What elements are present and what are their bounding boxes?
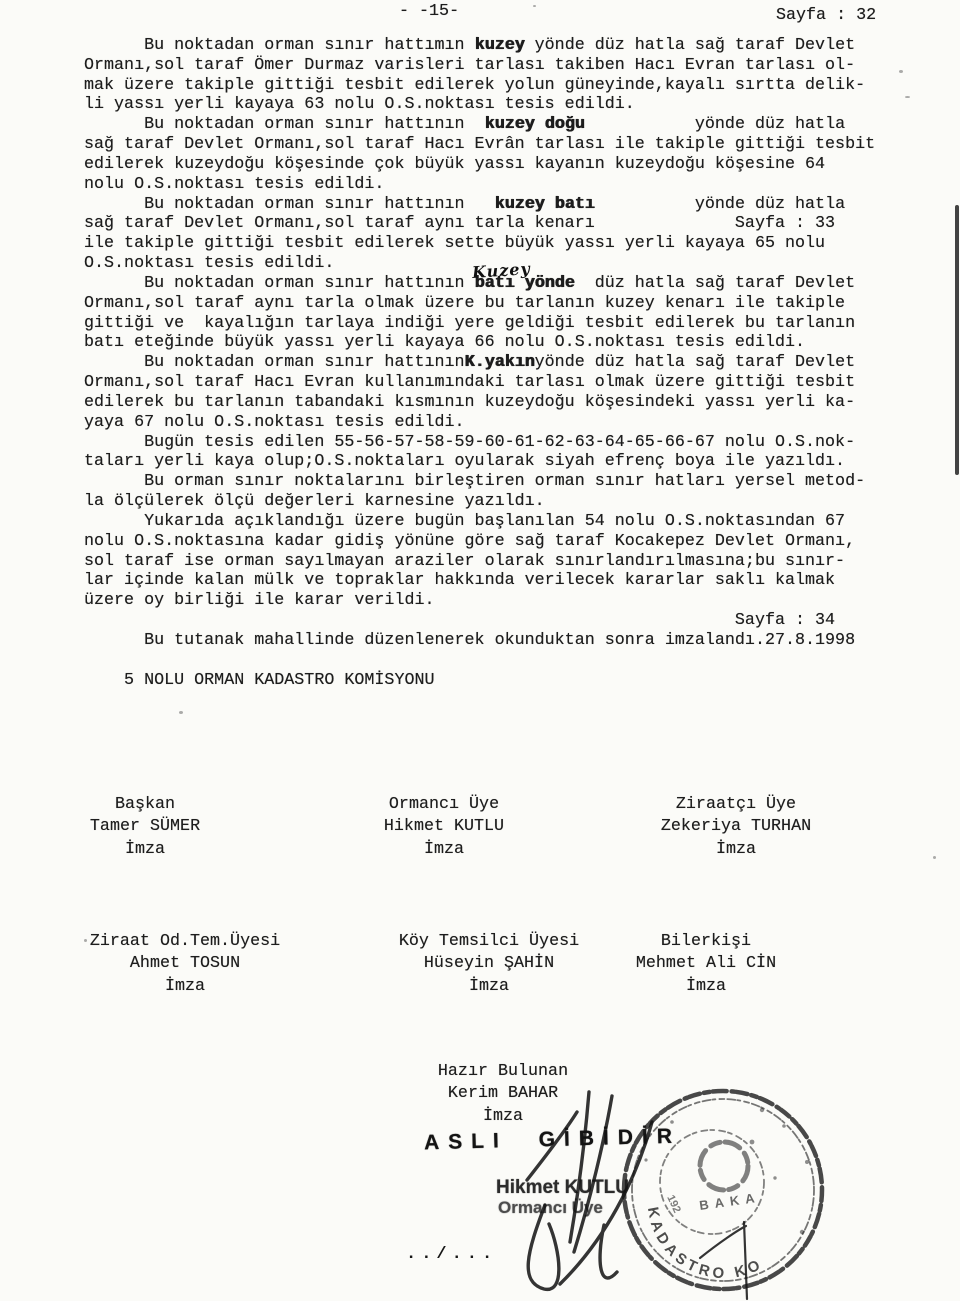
signature-block: BaşkanTamer SÜMERİmza	[25, 794, 265, 861]
scan-artifact-streak	[955, 205, 959, 475]
signature-block: Ziraat Od.Tem.ÜyesiAhmet TOSUNİmza	[65, 931, 305, 998]
signature-block: BilerkişiMehmet Ali CİNİmza	[586, 931, 826, 998]
scan-speck	[84, 939, 87, 942]
signature-block: Ziraatçı ÜyeZekeriya TURHANİmza	[616, 794, 856, 861]
body-line: lar içinde kalan mülk ve topraklar hakkı…	[84, 571, 875, 591]
signature-name: Tamer SÜMER	[25, 816, 265, 838]
page-number: - -15-	[399, 2, 459, 21]
body-line: batı eteğinde büyük yassı yerli kayaya 6…	[84, 333, 875, 353]
body-line	[84, 651, 875, 671]
scan-speck	[899, 70, 903, 73]
body-line: Bu tutanak mahallinde düzenlenerek okund…	[84, 631, 875, 651]
body-line: ile takiple gittiği tesbit edilerek sett…	[84, 234, 875, 254]
signature-title: Hazır Bulunan	[383, 1061, 623, 1083]
body-line: mak üzere takiple gittiği tesbit edilere…	[84, 76, 875, 96]
body-line: sağ taraf Devlet Ormanı,sol taraf aynı t…	[84, 214, 875, 234]
signature-name: Hüseyin ŞAHİN	[369, 953, 609, 975]
body-line: yaya 67 nolu O.S.noktası tesis edildi.	[84, 413, 875, 433]
body-line: Bu noktadan orman sınır hattınınK.yakıny…	[84, 353, 875, 373]
body-line: Bu noktadan orman sınır hattımın kuzey y…	[84, 36, 875, 56]
body-line: Yukarıda açıklandığı üzere bugün başlanı…	[84, 512, 875, 532]
body-line: li yassı yerli kayaya 63 nolu O.S.noktas…	[84, 95, 875, 115]
signature-title: Köy Temsilci Üyesi	[369, 931, 609, 953]
signature-title: Başkan	[25, 794, 265, 816]
stamp-officer-role: Ormancı Üye	[498, 1198, 603, 1218]
body-line: taları yerli kaya olup;O.S.noktaları oyu…	[84, 452, 875, 472]
body-line: üzere oy birliği ile karar verildi.	[84, 591, 875, 611]
continuation-mark: ../...	[406, 1245, 497, 1264]
signature-title: Ziraatçı Üye	[616, 794, 856, 816]
signature-name: Ahmet TOSUN	[65, 953, 305, 975]
seal-fragment-number: 192	[664, 1193, 683, 1215]
signature-imza: İmza	[324, 839, 564, 861]
signature-block: Köy Temsilci ÜyesiHüseyin ŞAHİNİmza	[369, 931, 609, 998]
signature-imza: İmza	[369, 976, 609, 998]
document-body: Bu noktadan orman sınır hattımın kuzey y…	[84, 36, 875, 690]
signature-name: Zekeriya TURHAN	[616, 816, 856, 838]
body-line: Bugün tesis edilen 55-56-57-58-59-60-61-…	[84, 433, 875, 453]
signature-block: Hazır BulunanKerim BAHARİmza	[383, 1061, 623, 1128]
seal-fragment-text: BAKA	[698, 1190, 761, 1213]
signature-block: Ormancı ÜyeHikmet KUTLUİmza	[324, 794, 564, 861]
stamp-officer-name: Hikmet KUTLU	[496, 1177, 629, 1199]
body-line: Bu orman sınır noktalarını birleştiren o…	[84, 472, 875, 492]
body-line: Ormanı,sol taraf Hacı Evran kullanımında…	[84, 373, 875, 393]
scan-speck	[933, 856, 936, 859]
body-line: Bu noktadan orman sınır hattının kuzey b…	[84, 195, 875, 215]
svg-text:KADASTRO KO: KADASTRO KO	[644, 1206, 766, 1283]
signature-title: Ziraat Od.Tem.Üyesi	[65, 931, 305, 953]
signature-title: Bilerkişi	[586, 931, 826, 953]
body-line: sağ taraf Devlet Ormanı,sol taraf Hacı E…	[84, 135, 875, 155]
signature-imza: İmza	[616, 839, 856, 861]
signature-imza: İmza	[383, 1106, 623, 1128]
body-line: edilerek bu tarlanın tabandaki kısmının …	[84, 393, 875, 413]
signature-name: Hikmet KUTLU	[324, 816, 564, 838]
body-line: Ormanı,sol taraf aynı tarla olmak üzere …	[84, 294, 875, 314]
sayfa-header: Sayfa : 32	[776, 6, 876, 25]
body-line: nolu O.S.noktası tesis edildi.	[84, 175, 875, 195]
scan-speck	[533, 5, 536, 7]
commission-title: 5 NOLU ORMAN KADASTRO KOMİSYONU	[84, 671, 875, 691]
body-line: sol taraf ise orman sayılmayan araziler …	[84, 552, 875, 572]
body-line: Sayfa : 34	[84, 611, 875, 631]
body-line: edilerek kuzeydoğu köşesinde çok büyük y…	[84, 155, 875, 175]
scan-speck	[179, 711, 183, 714]
signature-name: Kerim BAHAR	[383, 1083, 623, 1105]
signature-title: Ormancı Üye	[324, 794, 564, 816]
body-line: Ormanı,sol taraf Ömer Durmaz varisleri t…	[84, 56, 875, 76]
signature-imza: İmza	[586, 976, 826, 998]
body-line: nolu O.S.noktasına kadar gidiş yönüne gö…	[84, 532, 875, 552]
body-line: gittiği ve kayalığın tarlaya indiği yere…	[84, 314, 875, 334]
document-page: - -15- Sayfa : 32 Bu noktadan orman sını…	[0, 0, 960, 1301]
body-line: Bu noktadan orman sınır hattının kuzey d…	[84, 115, 875, 135]
official-seal-stamp: KADASTRO KO BAKA 192	[612, 1082, 840, 1301]
seal-arc-text: KADASTRO KO	[644, 1206, 766, 1283]
body-line: la ölçülerek ölçü değerleri karnesine ya…	[84, 492, 875, 512]
signature-imza: İmza	[25, 839, 265, 861]
signature-imza: İmza	[65, 976, 305, 998]
scan-speck	[905, 96, 910, 98]
signature-name: Mehmet Ali CİN	[586, 953, 826, 975]
asli-gibidir-stamp: ASLI GİBİDİR	[424, 1125, 682, 1156]
